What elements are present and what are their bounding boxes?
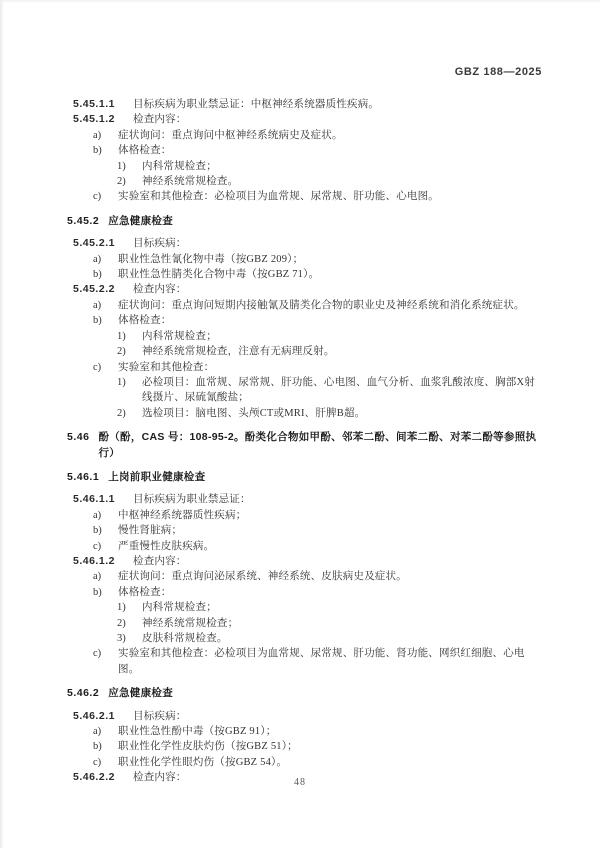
line-text: 神经系统常规检查。 [142, 174, 544, 189]
page-footer: 48 [0, 772, 600, 790]
line-label: 1) [117, 159, 131, 174]
document-line: b) 职业性化学性皮肤灼伤（按GBZ 51）； [60, 739, 544, 754]
line-text: 症状询问：重点询问中枢神经系统病史及症状。 [118, 128, 544, 143]
line-text: 应急健康检查 [108, 686, 544, 701]
line-text: 皮肤科常规检查。 [142, 631, 544, 646]
standard-code: GBZ 188—2025 [455, 66, 542, 78]
document-line: 5.45.2 应急健康检查 [60, 214, 544, 229]
line-label: 2) [117, 174, 131, 189]
line-text: 职业性化学性皮肤灼伤（按GBZ 51）； [118, 739, 544, 754]
line-text: 内科常规检查； [142, 329, 544, 344]
line-text: 职业性急性酚中毒（按GBZ 91）； [118, 724, 544, 739]
line-label: c) [93, 360, 107, 375]
line-label: c) [93, 646, 107, 661]
line-label: 5.46.2 [67, 686, 99, 701]
line-text: 实验室和其他检查：必检项目为血常规、尿常规、肝功能、心电图。 [118, 189, 544, 204]
line-label: 5.45.2 [67, 214, 99, 229]
line-text: 目标疾病： [133, 236, 544, 251]
line-text: 目标疾病为职业禁忌证：中枢神经系统器质性疾病。 [133, 97, 544, 112]
document-line: 1) 必检项目：血常规、尿常规、肝功能、心电图、血气分析、血浆乳酸浓度、胸部X射… [60, 375, 544, 406]
line-text: 检查内容： [133, 282, 544, 297]
document-line: 5.45.2.2 检查内容： [60, 282, 544, 297]
scan-edge-top [0, 0, 600, 3]
document-line: c) 实验室和其他检查：必检项目为血常规、尿常规、肝功能、肾功能、网织红细胞、心… [60, 646, 544, 677]
line-label: 5.45.1.2 [73, 112, 125, 127]
line-text: 体格检查： [118, 143, 544, 158]
line-text: 目标疾病为职业禁忌证： [133, 492, 544, 507]
line-text: 检查内容： [133, 112, 544, 127]
line-text: 体格检查： [118, 313, 544, 328]
document-line: 2) 神经系统常规检查，注意有无病理反射。 [60, 344, 544, 359]
document-line: a) 症状询问：重点询问短期内接触氰及腈类化合物的职业史及神经系统和消化系统症状… [60, 298, 544, 313]
line-label: 5.46.2.1 [73, 709, 125, 724]
line-text: 必检项目：血常规、尿常规、肝功能、心电图、血气分析、血浆乳酸浓度、胸部X射线摄片… [142, 375, 544, 406]
document-line: 2) 神经系统常规检查。 [60, 174, 544, 189]
document-line: b) 职业性急性腈类化合物中毒（按GBZ 71）。 [60, 267, 544, 282]
document-line: 5.45.1.2 检查内容： [60, 112, 544, 127]
document-line: 5.45.2.1 目标疾病： [60, 236, 544, 251]
line-label: 5.45.2.2 [73, 282, 125, 297]
line-label: a) [93, 128, 107, 143]
line-label: c) [93, 189, 107, 204]
document-line: 2) 选检项目：脑电图、头颅CT或MRI、肝脾B超。 [60, 406, 544, 421]
document-line: 5.46.1 上岗前职业健康检查 [60, 470, 544, 485]
line-label: 5.46.1.1 [73, 492, 125, 507]
document-line: a) 职业性急性氰化物中毒（按GBZ 209）； [60, 252, 544, 267]
line-label: 1) [117, 375, 131, 390]
line-text: 职业性急性氰化物中毒（按GBZ 209）； [118, 252, 544, 267]
line-label: a) [93, 724, 107, 739]
line-label: c) [93, 755, 107, 770]
line-label: 5.46 [67, 430, 89, 445]
line-text: 严重慢性皮肤疾病。 [118, 539, 544, 554]
line-label: b) [93, 523, 107, 538]
document-line: 5.46.1.1 目标疾病为职业禁忌证： [60, 492, 544, 507]
document-line: a) 症状询问：重点询问泌尿系统、神经系统、皮肤病史及症状。 [60, 569, 544, 584]
line-label: 5.45.2.1 [73, 236, 125, 251]
document-line: b) 慢性肾脏病； [60, 523, 544, 538]
line-text: 职业性急性腈类化合物中毒（按GBZ 71）。 [118, 267, 544, 282]
line-text: 症状询问：重点询问泌尿系统、神经系统、皮肤病史及症状。 [118, 569, 544, 584]
line-text: 中枢神经系统器质性疾病； [118, 508, 544, 523]
document-line: c) 职业性化学性眼灼伤（按GBZ 54）。 [60, 755, 544, 770]
document-line: a) 症状询问：重点询问中枢神经系统病史及症状。 [60, 128, 544, 143]
line-text: 神经系统常规检查，注意有无病理反射。 [142, 344, 544, 359]
document-line: 5.45.1.1 目标疾病为职业禁忌证：中枢神经系统器质性疾病。 [60, 97, 544, 112]
page-number: 48 [294, 777, 306, 788]
line-label: 2) [117, 406, 131, 421]
document-line: 1) 内科常规检查； [60, 600, 544, 615]
line-label: 1) [117, 600, 131, 615]
scan-edge-left [0, 0, 4, 848]
line-label: 2) [117, 344, 131, 359]
line-label: 5.46.1 [67, 470, 99, 485]
line-label: c) [93, 539, 107, 554]
document-line: c) 实验室和其他检查：必检项目为血常规、尿常规、肝功能、心电图。 [60, 189, 544, 204]
line-label: a) [93, 298, 107, 313]
line-text: 实验室和其他检查：必检项目为血常规、尿常规、肝功能、肾功能、网织红细胞、心电图。 [118, 646, 544, 677]
line-text: 神经系统常规检查； [142, 616, 544, 631]
line-text: 酚（酚，CAS 号：108-95-2。酚类化合物如甲酚、邻苯二酚、间苯二酚、对苯… [98, 430, 544, 461]
document-line: 5.46 酚（酚，CAS 号：108-95-2。酚类化合物如甲酚、邻苯二酚、间苯… [60, 430, 544, 461]
document-line: a) 职业性急性酚中毒（按GBZ 91）； [60, 724, 544, 739]
line-text: 应急健康检查 [108, 214, 544, 229]
document-line: c) 实验室和其他检查： [60, 360, 544, 375]
line-text: 体格检查： [118, 585, 544, 600]
page-header: GBZ 188—2025 [455, 66, 542, 78]
line-label: 2) [117, 616, 131, 631]
line-text: 内科常规检查； [142, 159, 544, 174]
line-label: b) [93, 313, 107, 328]
document-body: 5.45.1.1 目标疾病为职业禁忌证：中枢神经系统器质性疾病。 5.45.1.… [60, 97, 544, 786]
document-line: 5.46.2 应急健康检查 [60, 686, 544, 701]
line-label: b) [93, 267, 107, 282]
line-text: 目标疾病： [133, 709, 544, 724]
line-label: 5.45.1.1 [73, 97, 125, 112]
document-line: 2) 神经系统常规检查； [60, 616, 544, 631]
document-line: 5.46.1.2 检查内容： [60, 554, 544, 569]
line-text: 上岗前职业健康检查 [108, 470, 544, 485]
document-line: b) 体格检查： [60, 585, 544, 600]
line-label: b) [93, 143, 107, 158]
document-line: a) 中枢神经系统器质性疾病； [60, 508, 544, 523]
line-label: a) [93, 252, 107, 267]
document-line: 3) 皮肤科常规检查。 [60, 631, 544, 646]
line-label: b) [93, 739, 107, 754]
line-label: 5.46.1.2 [73, 554, 125, 569]
document-line: b) 体格检查： [60, 313, 544, 328]
document-line: 1) 内科常规检查； [60, 329, 544, 344]
line-text: 实验室和其他检查： [118, 360, 544, 375]
document-line: 1) 内科常规检查； [60, 159, 544, 174]
document-line: b) 体格检查： [60, 143, 544, 158]
line-text: 慢性肾脏病； [118, 523, 544, 538]
line-label: 3) [117, 631, 131, 646]
line-label: 1) [117, 329, 131, 344]
line-text: 检查内容： [133, 554, 544, 569]
line-text: 内科常规检查； [142, 600, 544, 615]
document-line: 5.46.2.1 目标疾病： [60, 709, 544, 724]
document-line: c) 严重慢性皮肤疾病。 [60, 539, 544, 554]
line-text: 选检项目：脑电图、头颅CT或MRI、肝脾B超。 [142, 406, 544, 421]
line-label: a) [93, 508, 107, 523]
line-text: 职业性化学性眼灼伤（按GBZ 54）。 [118, 755, 544, 770]
line-text: 症状询问：重点询问短期内接触氰及腈类化合物的职业史及神经系统和消化系统症状。 [118, 298, 544, 313]
line-label: b) [93, 585, 107, 600]
line-label: a) [93, 569, 107, 584]
